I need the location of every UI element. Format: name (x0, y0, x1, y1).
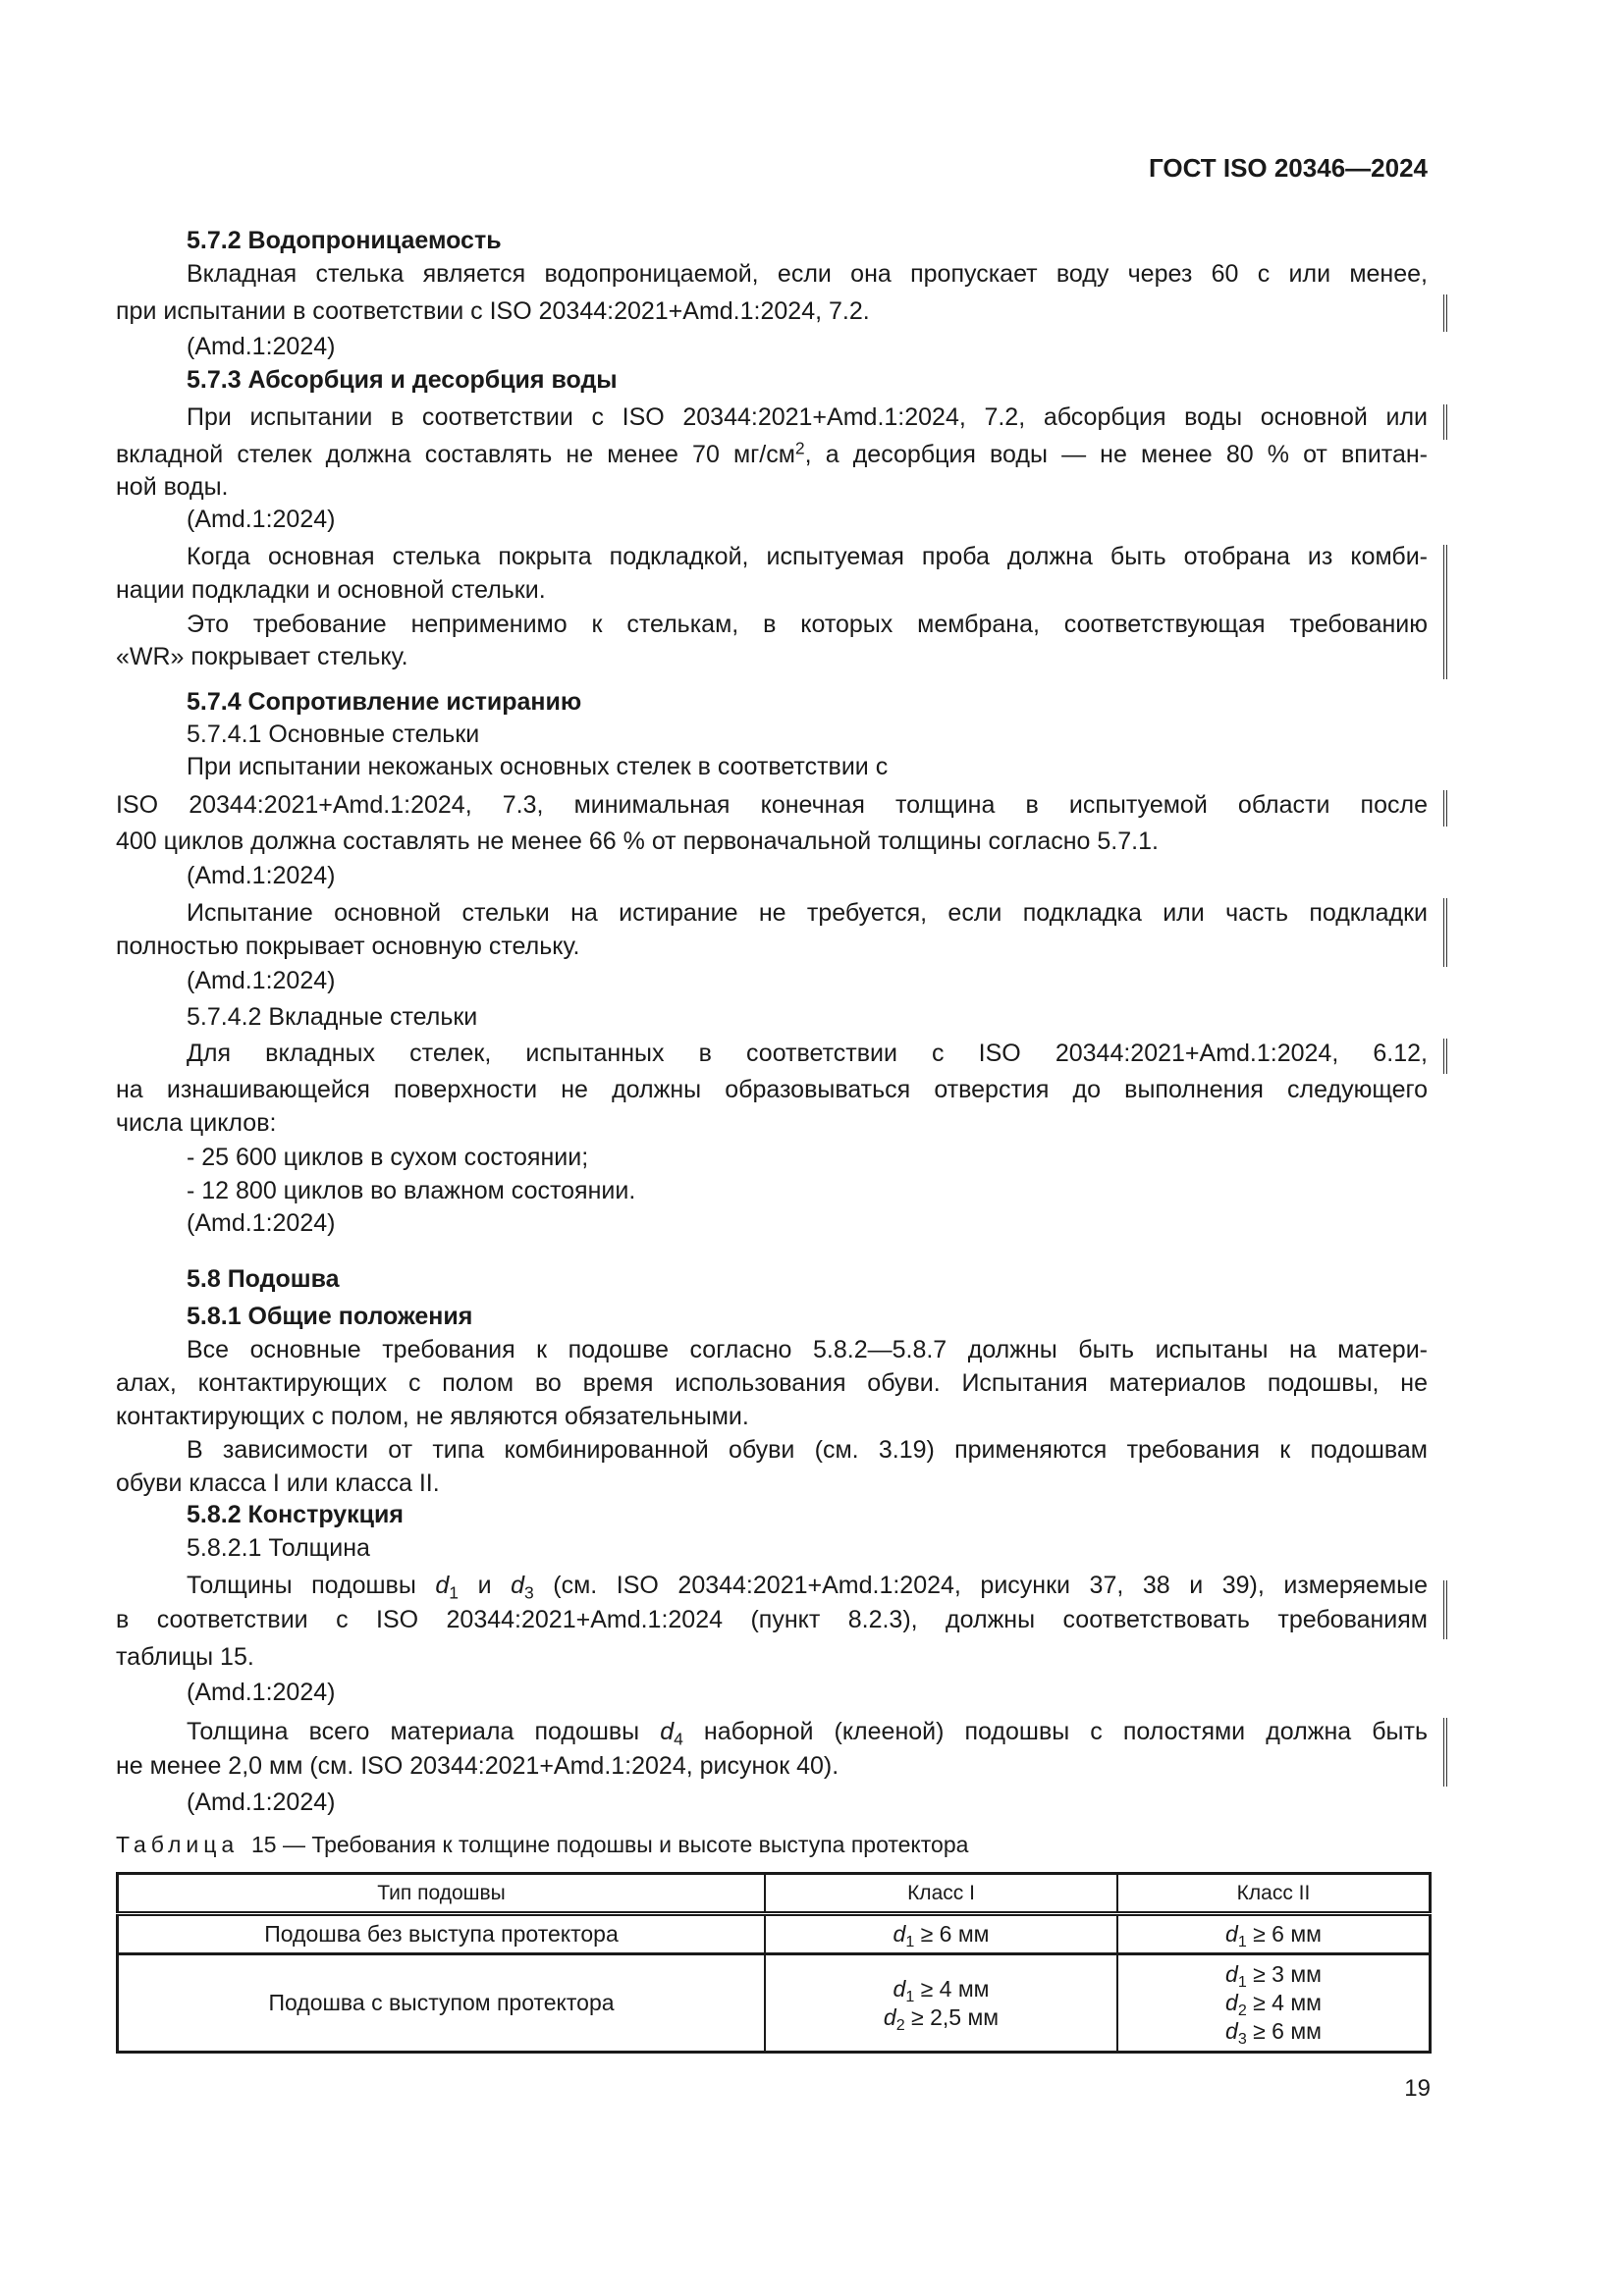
table-header-cell: Класс I (765, 1874, 1117, 1914)
paragraph-line: Для вкладных стелек, испытанных в соотве… (187, 1039, 1428, 1068)
change-bar (1443, 1718, 1447, 1787)
heading-5-8-1: 5.8.1 Общие положения (187, 1302, 472, 1331)
paragraph-line: числа циклов: (116, 1108, 276, 1138)
paragraph-line: Все основные требования к подошве соглас… (187, 1335, 1428, 1364)
paragraph-line: ISO 20344:2021+Amd.1:2024, 7.3, минималь… (116, 790, 1428, 820)
paragraph-line: ной воды. (116, 472, 228, 502)
table-row: Подошва без выступа протектора d1 ≥ 6 мм… (118, 1914, 1431, 1954)
paragraph-line: обуви класса I или класса II. (116, 1468, 440, 1498)
amendment-note: (Amd.1:2024) (187, 332, 335, 361)
amendment-note: (Amd.1:2024) (187, 1678, 335, 1707)
amendment-note: (Amd.1:2024) (187, 1788, 335, 1817)
subheading-5-7-4-2: 5.7.4.2 Вкладные стельки (187, 1002, 477, 1032)
paragraph-line: контактирующих с полом, не являются обяз… (116, 1402, 749, 1431)
heading-5-7-4: 5.7.4 Сопротивление истиранию (187, 687, 581, 717)
change-bar (1443, 545, 1447, 679)
change-bar (1443, 898, 1447, 967)
paragraph-line: При испытании в соответствии с ISO 20344… (187, 402, 1428, 432)
table-cell-type: Подошва с выступом протектора (118, 1954, 766, 2053)
table-cell-type: Подошва без выступа протектора (118, 1914, 766, 1954)
change-bar (1443, 1039, 1447, 1074)
table-cell-class1: d1 ≥ 6 мм (765, 1914, 1117, 1954)
paragraph-line: нации подкладки и основной стельки. (116, 575, 546, 605)
change-bar (1443, 404, 1447, 440)
list-item: - 25 600 циклов в сухом состоянии; (187, 1143, 588, 1172)
heading-5-7-2: 5.7.2 Водопроницаемость (187, 226, 502, 255)
page-number: 19 (1404, 2075, 1431, 2103)
subheading-5-7-4-1: 5.7.4.1 Основные стельки (187, 720, 479, 749)
paragraph-line: при испытании в соответствии с ISO 20344… (116, 296, 870, 326)
document-header: ГОСТ ISO 20346—2024 (1149, 153, 1428, 184)
table-header-cell: Тип подошвы (118, 1874, 766, 1914)
paragraph-line: Когда основная стелька покрыта подкладко… (187, 542, 1428, 571)
table-cell-class2: d1 ≥ 6 мм (1117, 1914, 1431, 1954)
amendment-note: (Amd.1:2024) (187, 1208, 335, 1238)
paragraph-line: в соответствии с ISO 20344:2021+Amd.1:20… (116, 1605, 1428, 1634)
heading-5-8-2: 5.8.2 Конструкция (187, 1500, 404, 1529)
table-cell-class2: d1 ≥ 3 ммd2 ≥ 4 ммd3 ≥ 6 мм (1117, 1954, 1431, 2053)
table-row: Подошва с выступом протектора d1 ≥ 4 ммd… (118, 1954, 1431, 2053)
paragraph-line: не менее 2,0 мм (см. ISO 20344:2021+Amd.… (116, 1751, 839, 1781)
subheading-5-8-2-1: 5.8.2.1 Толщина (187, 1533, 370, 1563)
paragraph-line: При испытании некожаных основных стелек … (187, 752, 888, 781)
table-header-row: Тип подошвы Класс I Класс II (118, 1874, 1431, 1914)
paragraph-line: таблицы 15. (116, 1642, 254, 1672)
table-header-cell: Класс II (1117, 1874, 1431, 1914)
amendment-note: (Amd.1:2024) (187, 966, 335, 995)
list-item: - 12 800 циклов во влажном состоянии. (187, 1176, 635, 1205)
table-caption: Таблица 15 — Требования к толщине подошв… (116, 1832, 968, 1858)
paragraph-line: на изнашивающейся поверхности не должны … (116, 1075, 1428, 1104)
paragraph-line: Вкладная стелька является водопроницаемо… (187, 259, 1428, 289)
amendment-note: (Amd.1:2024) (187, 861, 335, 890)
paragraph-line: В зависимости от типа комбинированной об… (187, 1435, 1428, 1465)
change-bar (1443, 790, 1447, 827)
paragraph-line: Толщины подошвы d1 и d3 (см. ISO 20344:2… (187, 1571, 1428, 1600)
amendment-note: (Amd.1:2024) (187, 505, 335, 534)
paragraph-line: «WR» покрывает стельку. (116, 642, 408, 671)
thickness-table: Тип подошвы Класс I Класс II Подошва без… (116, 1872, 1432, 2054)
paragraph-line: алах, контактирующих с полом во время ис… (116, 1368, 1428, 1398)
paragraph-line: Это требование неприменимо к стелькам, в… (187, 610, 1428, 639)
change-bar (1443, 294, 1447, 332)
table-cell-class1: d1 ≥ 4 ммd2 ≥ 2,5 мм (765, 1954, 1117, 2053)
paragraph-line: Толщина всего материала подошвы d4 набор… (187, 1717, 1428, 1746)
change-bar (1443, 1580, 1447, 1639)
paragraph-line: 400 циклов должна составлять не менее 66… (116, 827, 1159, 856)
paragraph-line: полностью покрывает основную стельку. (116, 932, 579, 961)
heading-5-8: 5.8 Подошва (187, 1264, 340, 1294)
paragraph-line: вкладной стелек должна составлять не мен… (116, 440, 1428, 469)
paragraph-line: Испытание основной стельки на истирание … (187, 898, 1428, 928)
heading-5-7-3: 5.7.3 Абсорбция и десорбция воды (187, 365, 618, 395)
